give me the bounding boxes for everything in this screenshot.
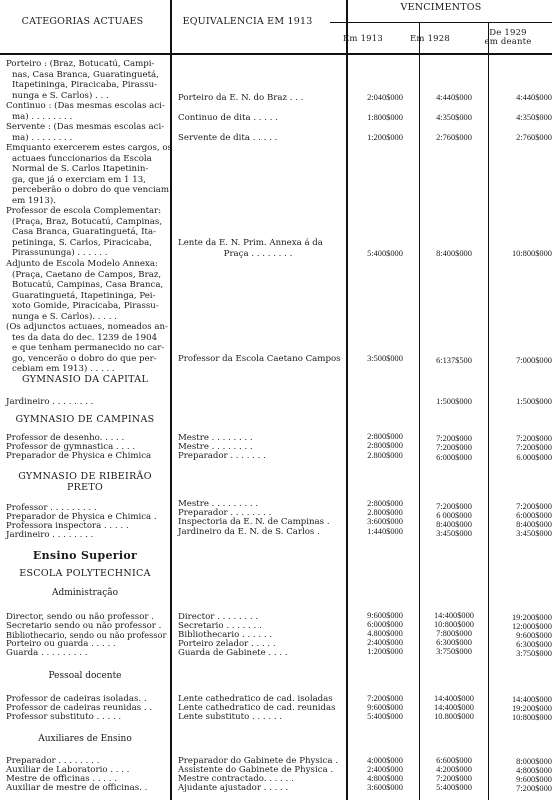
text-line: perceberão o dobro do que venciam	[6, 185, 166, 196]
text-line: e que tenham permanecido no car-	[6, 343, 166, 354]
subsection-pessoal-docente: Pessoal docente	[0, 671, 170, 681]
col-divider-3	[419, 23, 420, 800]
section-gymnasio-ribeirao: GYMNASIO DE RIBEIRÃO	[0, 471, 170, 482]
val-1913: 1:800$000	[352, 113, 418, 122]
header-vencimentos: VENCIMENTOS	[330, 2, 552, 13]
text-line: Itapetininga, Piracicaba, Pirassu-	[6, 80, 166, 91]
val-1928: 6 000$000	[421, 511, 487, 520]
cat-porteiro: Porteiro : (Braz, Botucatú, Campi- nas, …	[6, 59, 166, 101]
text-line: xoto Gomide, Piracicaba, Pirassu-	[6, 301, 166, 312]
val-1913: 1:440$000	[352, 527, 418, 536]
val-1928: 5:400$000	[421, 783, 487, 792]
val-1929: 4:800$000	[490, 766, 552, 775]
note-funccionarios: Emquanto exercerem estes cargos, os actu…	[6, 143, 166, 207]
text-line: Continuo : (Das mesmas escolas aci-	[6, 101, 166, 112]
eq-porteiro: Porteiro da E. N. do Braz . . .	[178, 93, 346, 104]
val-1928: 7:200$000	[421, 774, 487, 783]
vencimentos-underline	[330, 22, 552, 23]
text-line: petininga, S. Carlos, Piracicaba,	[6, 238, 166, 249]
val-1929: 19:200$000	[490, 613, 552, 622]
val-1913: 9:600$000	[352, 703, 418, 712]
val-1929: 6:300$000	[490, 640, 552, 649]
header-underline	[0, 53, 552, 55]
val-1929: 14:400$000	[490, 695, 552, 704]
cat-row: Jardineiro . . . . . . . .	[6, 530, 166, 541]
val-1928: 6:137$500	[421, 356, 487, 365]
header-em-1928: Em 1928	[396, 35, 464, 44]
val-1929: 2:760$000	[490, 133, 552, 142]
val-1928: 7:200$000	[421, 443, 487, 452]
cat-jardineiro: Jardineiro . . . . . . . .	[6, 397, 166, 408]
subsection-auxiliares-ensino: Auxiliares de Ensino	[0, 734, 170, 744]
val-1929: 10:800$000	[490, 713, 552, 722]
val-1929: 6.000$000	[490, 453, 552, 462]
val-1913: 2.800$000	[352, 508, 418, 517]
section-gymnasio-capital: GYMNASIO DA CAPITAL	[0, 374, 170, 385]
cat-continuo: Continuo : (Das mesmas escolas aci- ma) …	[6, 101, 166, 122]
header-em-1913: Em 1913	[330, 35, 396, 44]
text-line: go, vencerão o dobro do que per-	[6, 354, 166, 365]
val-1913: 5:400$000	[352, 712, 418, 721]
val-1913: 9:600$000	[352, 611, 418, 620]
text-line: nunga e S. Carlos) . . .	[6, 91, 166, 102]
val-1929: 4:440$000	[490, 93, 552, 102]
val-1928: 7:200$000	[421, 434, 487, 443]
eq-row: Guarda de Gabinete . . . .	[178, 648, 346, 659]
val-1928: 6:000$000	[421, 453, 487, 462]
text-line: (Os adjunctos actuaes, nomeados an-	[6, 322, 166, 333]
cat-adjuntos-note: (Os adjunctos actuaes, nomeados an- tes …	[6, 322, 166, 375]
val-1928: 6:600$000	[421, 756, 487, 765]
val-1929: 7:200$000	[490, 434, 552, 443]
val-1929: 4:350$000	[490, 113, 552, 122]
eq-row: Ajudante ajustador . . . . .	[178, 783, 346, 794]
text-line: em 1913).	[6, 196, 166, 207]
val-1928: 14:400$000	[421, 703, 487, 712]
val-1913: 2:800$000	[352, 441, 418, 450]
val-1928: 7:800$000	[421, 629, 487, 638]
val-1913: 2:040$000	[352, 93, 418, 102]
val-1929: 9:600$000	[490, 775, 552, 784]
eq-row: Lente substituto . . . . . .	[178, 712, 346, 723]
val-1928: 8:400$000	[421, 249, 487, 258]
eq-row: Preparador . . . . . . .	[178, 451, 346, 462]
val-1929: 1:500$000	[490, 397, 552, 406]
val-1913: 3:500$000	[352, 354, 418, 363]
header-de-1929-line2: em deante	[464, 38, 552, 47]
val-1929: 3:750$000	[490, 649, 552, 658]
val-1928: 1:500$000	[421, 397, 487, 406]
val-1928: 4:440$000	[421, 93, 487, 102]
val-1929: 9:600$000	[490, 631, 552, 640]
val-1913: 5:400$000	[352, 249, 418, 258]
text-line: nas, Casa Branca, Guaratinguetá,	[6, 70, 166, 81]
val-1929: 10:800$000	[490, 249, 552, 258]
cat-row: Auxiliar de mestre de officinas. .	[6, 783, 166, 794]
val-1929: 12:000$000	[490, 622, 552, 631]
eq-lente-annexa-line2: Praça . . . . . . . .	[178, 249, 338, 260]
val-1928: 3:750$000	[421, 647, 487, 656]
val-1928: 10.800$000	[421, 712, 487, 721]
val-1928: 4:350$000	[421, 113, 487, 122]
text-line: Servente : (Das mesmas escolas aci-	[6, 122, 166, 133]
text-line: ma) . . . . . . . .	[6, 112, 166, 123]
text-line: actuaes funccionarios da Escola	[6, 154, 166, 165]
val-1929: 7:000$000	[490, 356, 552, 365]
val-1929: 8:400$000	[490, 520, 552, 529]
val-1913: 1:200$000	[352, 133, 418, 142]
text-line: Professor de escola Complementar:	[6, 206, 166, 217]
subsection-administracao: Administração	[0, 588, 170, 598]
val-1913: 1:200$000	[352, 647, 418, 656]
header-equivalencia: EQUIVALENCIA EM 1913	[165, 16, 330, 27]
val-1913: 4:000$000	[352, 756, 418, 765]
section-ensino-superior: Ensino Superior	[0, 549, 170, 562]
section-gymnasio-campinas: GYMNASIO DE CAMPINAS	[0, 414, 170, 425]
text-line: Botucatú, Campinas, Casa Branca,	[6, 280, 166, 291]
cat-professor-complementar: Professor de escola Complementar: (Praça…	[6, 206, 166, 259]
val-1928: 8:400$000	[421, 520, 487, 529]
text-line: Normal de S. Carlos Itapetinin-	[6, 164, 166, 175]
col-divider-2	[346, 0, 348, 800]
text-line: Casa Branca, Guaratinguetá, Ita-	[6, 227, 166, 238]
col-divider-4	[488, 23, 489, 800]
eq-row: Jardineiro da E. N. de S. Carlos .	[178, 527, 346, 538]
text-line: nunga e S. Carlos). . . . .	[6, 312, 166, 323]
text-line: Guaratinguetá, Itapetininga, Pei-	[6, 291, 166, 302]
val-1913: 3:600$000	[352, 517, 418, 526]
val-1913: 3:600$000	[352, 783, 418, 792]
eq-servente: Servente de dita . . . . .	[178, 133, 346, 144]
text-line: Emquanto exercerem estes cargos, os	[6, 143, 166, 154]
val-1929: 7:200$000	[490, 502, 552, 511]
val-1928: 14:400$000	[421, 611, 487, 620]
text-line: Pirassununga) . . . . . .	[6, 248, 166, 259]
cat-row: Professor substituto . . . . .	[6, 712, 166, 723]
val-1929: 7:200$000	[490, 784, 552, 793]
text-line: ma) . . . . . . . .	[6, 133, 166, 144]
val-1928: 6:300$000	[421, 638, 487, 647]
val-1929: 8:000$000	[490, 757, 552, 766]
val-1928: 4:200$000	[421, 765, 487, 774]
val-1928: 3:450$000	[421, 529, 487, 538]
val-1928: 14:400$000	[421, 694, 487, 703]
cat-row: Guarda . . . . . . . . .	[6, 648, 166, 659]
text-line: Adjunto de Escola Modelo Annexa:	[6, 259, 166, 270]
section-escola-polytechnica: ESCOLA POLYTECHNICA	[0, 568, 170, 579]
val-1913: 2:800$000	[352, 499, 418, 508]
eq-professor-caetano: Professor da Escola Caetano Campos	[178, 354, 346, 365]
val-1929: 6:000$000	[490, 511, 552, 520]
text-line: (Praça, Braz, Botucatú, Campinas,	[6, 217, 166, 228]
eq-row: Inspectoria da E. N. de Campinas .	[178, 517, 346, 528]
cat-adjunto: Adjunto de Escola Modelo Annexa: (Praça,…	[6, 259, 166, 323]
header-categorias: CATEGORIAS ACTUAES	[0, 16, 165, 27]
val-1913: 2:400$000	[352, 638, 418, 647]
eq-continuo: Continuo de dita . . . . .	[178, 113, 346, 124]
val-1928: 10:800$000	[421, 620, 487, 629]
cat-servente: Servente : (Das mesmas escolas aci- ma) …	[6, 122, 166, 143]
val-1913: 2:800$000	[352, 432, 418, 441]
val-1913: 2.800$000	[352, 451, 418, 460]
val-1913: 4.800$000	[352, 629, 418, 638]
val-1913: 2:400$000	[352, 765, 418, 774]
val-1929: 7:200$000	[490, 443, 552, 452]
val-1913: 4:800$000	[352, 774, 418, 783]
eq-lente-annexa: Lente da E. N. Prim. Annexa á da	[178, 238, 346, 249]
val-1928: 2:760$000	[421, 133, 487, 142]
text-line: ga, que já o exerciam em 1 13,	[6, 175, 166, 186]
val-1913: 7:200$000	[352, 694, 418, 703]
salary-table-page: CATEGORIAS ACTUAES EQUIVALENCIA EM 1913 …	[0, 0, 552, 800]
section-gymnasio-ribeirao-line2: PRETO	[0, 482, 170, 493]
text-line: Porteiro : (Braz, Botucatú, Campi-	[6, 59, 166, 70]
val-1913: 6:000$000	[352, 620, 418, 629]
text-line: tes da data do dec. 1239 de 1904	[6, 333, 166, 344]
text-line: (Praça, Caetano de Campos, Braz,	[6, 270, 166, 281]
val-1929: 19:200$000	[490, 704, 552, 713]
cat-row: Preparador de Physica e Chimica	[6, 451, 166, 462]
col-divider-1	[170, 0, 172, 800]
val-1928: 7:200$000	[421, 502, 487, 511]
val-1929: 3:450$000	[490, 529, 552, 538]
